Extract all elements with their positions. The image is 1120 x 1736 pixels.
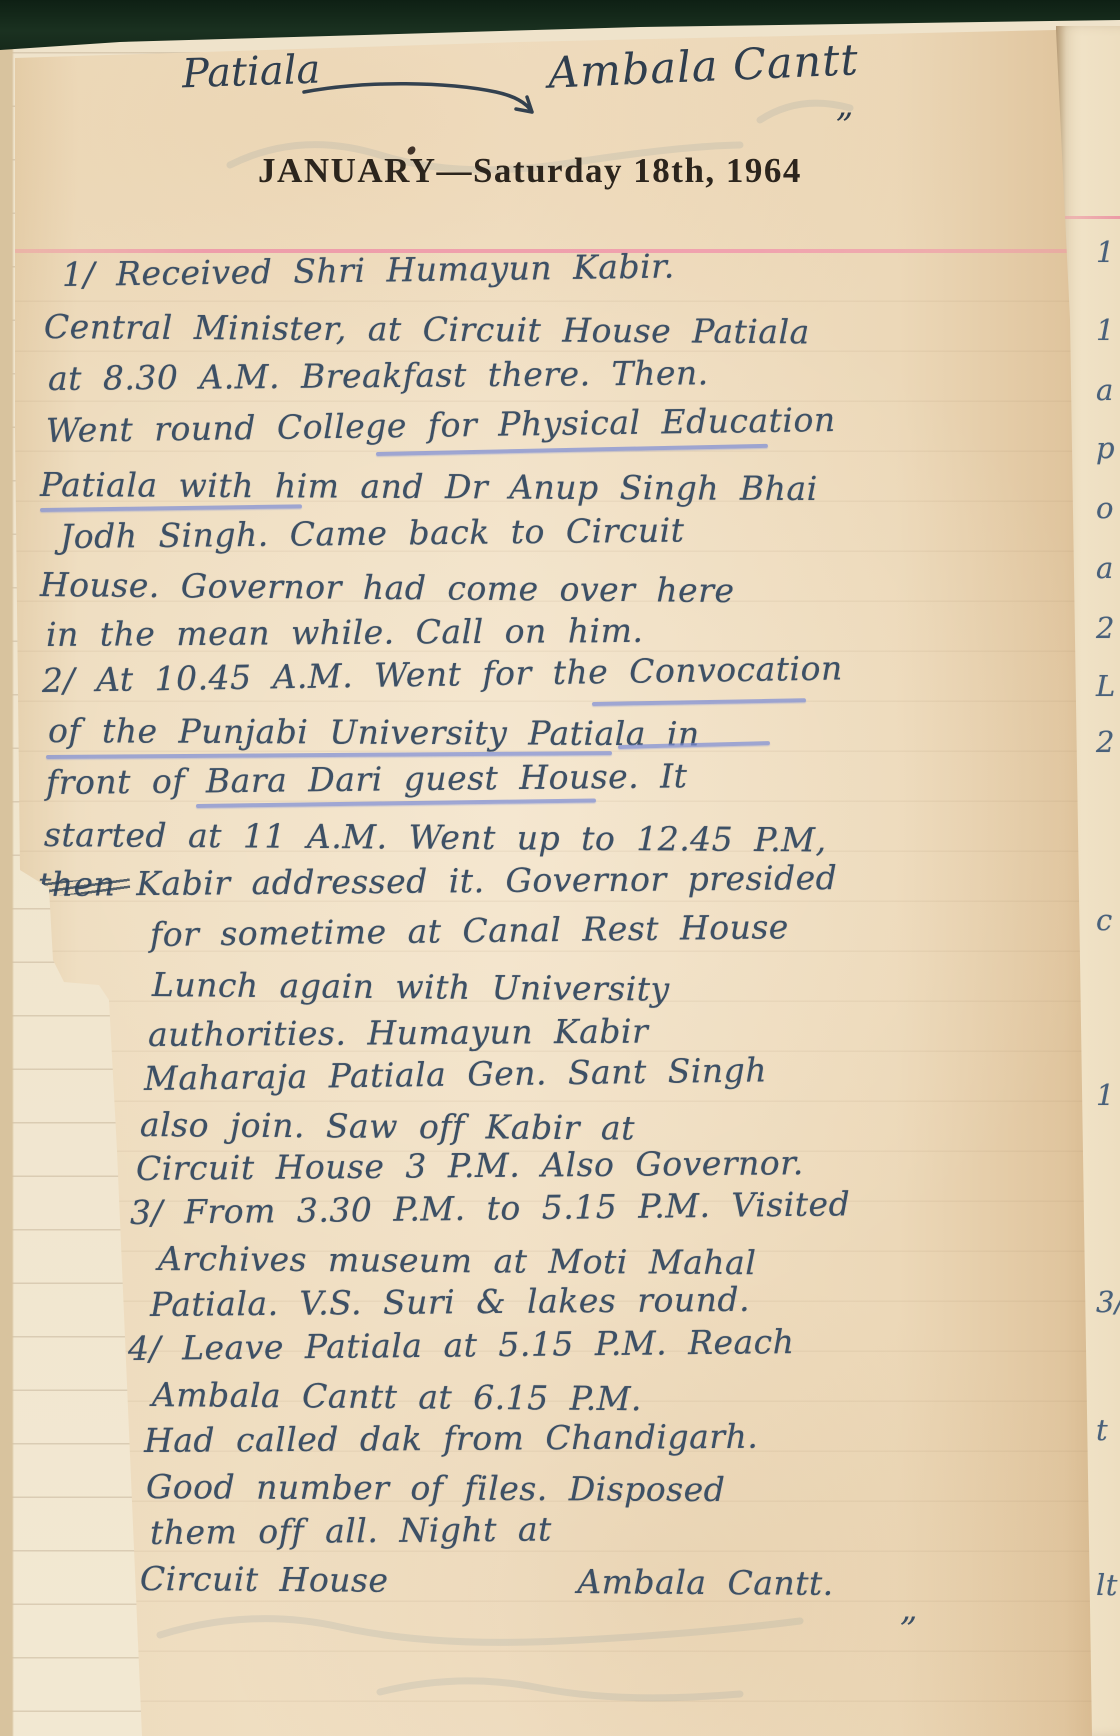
- ink-underline: [592, 698, 806, 706]
- next-page-text-fragment: o: [1096, 494, 1114, 523]
- diary-entry-line: of the Punjabi University Patiala in: [48, 712, 700, 753]
- next-page-text-fragment: p: [1096, 434, 1115, 463]
- ink-underline: [376, 444, 768, 456]
- diary-entry-line: started at 11 A.M. Went up to 12.45 P.M,: [44, 816, 827, 859]
- next-page-text-fragment: a: [1096, 554, 1114, 583]
- next-page-text-fragment: 1: [1096, 1081, 1115, 1110]
- diary-entry-line: 4/ Leave Patiala at 5.15 P.M. Reach: [128, 1323, 795, 1368]
- diary-entry-line: Ambala Cantt at 6.15 P.M.: [152, 1376, 642, 1418]
- next-page-text-fragment: 3/: [1096, 1288, 1120, 1317]
- diary-entry-line: Lunch again with University: [152, 966, 670, 1008]
- next-page-text-fragment: 1: [1096, 238, 1115, 267]
- diary-entry-line: Had called dak from Chandigarh.: [144, 1418, 759, 1460]
- next-page-text-fragment: a: [1096, 376, 1114, 405]
- diary-entry-line: Patiala with him and Dr Anup Singh Bhai: [40, 466, 818, 508]
- diary-entry-line: Central Minister, at Circuit House Patia…: [44, 308, 810, 351]
- diary-entry-line: 2/ At 10.45 A.M. Went for the Convocatio…: [42, 649, 843, 700]
- next-page-text-fragment: 2: [1096, 728, 1115, 757]
- diary-entry-line: at 8.30 A.M. Breakfast there. Then.: [48, 354, 709, 398]
- diary-entry-line: 3/ From 3.30 P.M. to 5.15 P.M. Visited: [130, 1185, 851, 1232]
- diary-entry-line: them off all. Night at: [150, 1510, 552, 1551]
- diary-entry-line: 1/ Received Shri Humayun Kabir.: [62, 247, 675, 293]
- diary-entry-line: Archives museum at Moti Mahal: [158, 1240, 757, 1282]
- diary-entry-line: authorities. Humayun Kabir: [148, 1013, 649, 1054]
- ink-underline: [196, 798, 596, 808]
- next-page-text-fragment: 1: [1096, 316, 1115, 345]
- diary-entry-line: front of Bara Dari guest House. It: [46, 757, 688, 802]
- diary-entry-line: Jodh Singh. Came back to Circuit: [60, 511, 685, 555]
- diary-entry-line: Went round College for Physical Educatio…: [46, 401, 836, 450]
- ink-underline: [40, 504, 302, 512]
- diary-page: Patiala Ambala Cantt „ JANUARY—Saturday …: [0, 0, 1120, 1736]
- diary-entry-line: Maharaja Patiala Gen. Sant Singh: [144, 1051, 768, 1098]
- next-page-text-fragment: c: [1096, 906, 1113, 935]
- next-page-text-fragment: lt: [1096, 1571, 1118, 1600]
- diary-entry-line: Circuit House 3 P.M. Also Governor.: [136, 1144, 804, 1188]
- diary-entry-line: House. Governor had come over here: [40, 566, 735, 610]
- next-page-header-rule: [1062, 216, 1120, 219]
- diary-entry-line: Circuit House Ambala Cantt.: [140, 1560, 834, 1603]
- printed-date-header: JANUARY—Saturday 18th, 1964: [250, 150, 810, 192]
- diary-entry-line: Good number of files. Disposed: [146, 1468, 725, 1509]
- next-page-text-fragment: L: [1096, 672, 1116, 701]
- diary-entry-line: also join. Saw off Kabir at: [140, 1106, 635, 1147]
- next-page-text-fragment: 2: [1096, 614, 1115, 643]
- diary-entry-line: for sometime at Canal Rest House: [150, 908, 789, 954]
- diary-scan: 11apoa2L2c13/tlt Patiala Ambala Cantt „ …: [0, 0, 1120, 1736]
- diary-entry-line: Patiala. V.S. Suri & lakes round.: [150, 1281, 750, 1324]
- diary-entry-line: then Kabir addressed it. Governor presid…: [38, 859, 838, 904]
- diary-entry-line: in the mean while. Call on him.: [46, 612, 644, 654]
- route-ditto-mark: „: [836, 88, 854, 122]
- closing-ditto-mark: „: [900, 1592, 918, 1626]
- route-arrow-icon: [298, 70, 548, 126]
- route-to: Ambala Cantt: [547, 39, 859, 96]
- next-page-text-fragment: t: [1096, 1416, 1108, 1445]
